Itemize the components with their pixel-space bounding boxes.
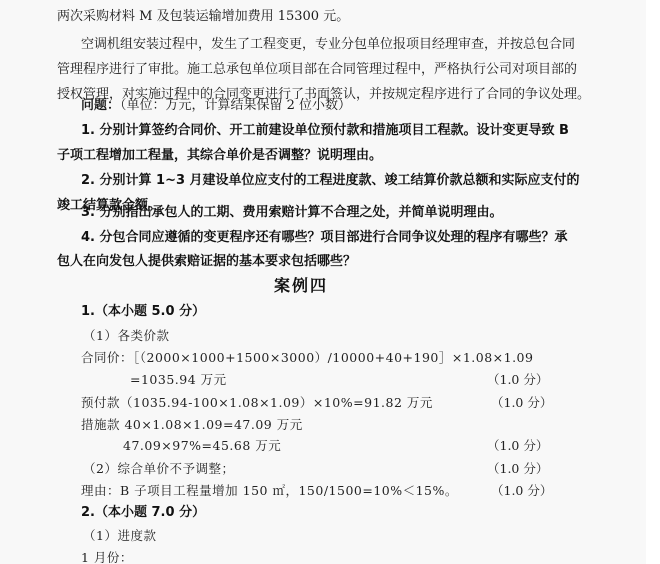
paragraph-line: 两次采购材料 M 及包装运输增加费用 15300 元。 [57,8,349,26]
question-4-line-1: 4. 分包合同应遵循的变更程序还有哪些？项目部进行合同争议处理的程序有哪些？承 [81,229,568,247]
measures-formula: 措施款 40×1.08×1.09=47.09 万元 [81,416,303,434]
score-label: （1.0 分） [487,460,548,478]
questions-heading: 问题：（单位：万元，计算结果保留 2 位小数） [81,97,351,115]
score-label: （1.0 分） [487,437,548,455]
score-label: （1.0 分） [491,482,552,500]
question-2-line-1: 2. 分别计算 1~3 月建设单位应支付的工程进度款、竣工结算价款总额和实际应支… [81,172,580,190]
reason-line: 理由：B 子项目工程量增加 150 ㎡，150/1500=10%＜15%。 [81,482,458,500]
month-1-label: 1 月份： [81,549,133,564]
paragraph-line: 空调机组安装过程中，发生了工程变更，专业分包单位报项目经理审查，并按总包合同 [81,36,575,54]
score-label: （1.0 分） [487,371,548,389]
case-title: 案例四 [274,277,328,295]
question-3: 3. 分别指出承包人的工期、费用索赔计算不合理之处，并简单说明理由。 [81,204,503,222]
question-1-line-2: 子项工程增加工程量，其综合单价是否调整？说明理由。 [57,147,382,165]
question-1-line-1: 1. 分别计算签约合同价、开工前建设单位预付款和措施项目工程款。设计变更导致 B [81,122,569,140]
contract-price-result: =1035.94 万元 [130,371,227,389]
paragraph-line: 管理程序进行了审批。施工总承包单位项目部在合同管理过程中，严格执行公司对项目部的 [57,61,577,79]
part-1-heading: 1.（本小题 5.0 分） [81,303,205,321]
question-4-line-2: 包人在向发包人提供索赔证据的基本要求包括哪些？ [57,253,356,271]
questions-heading-note: （单位：万元，计算结果保留 2 位小数） [120,98,351,113]
measures-result: 47.09×97%=45.68 万元 [123,437,281,455]
contract-price-formula: 合同价：［（2000×1000+1500×3000）/10000+40+190］… [81,349,533,367]
part-2-sub-1: （1）进度款 [83,527,156,545]
part-1-sub-2: （2）综合单价不予调整； [83,460,234,478]
questions-heading-label: 问题： [81,98,120,113]
score-label: （1.0 分） [491,394,552,412]
part-1-sub-1: （1）各类价款 [83,327,169,345]
part-2-heading: 2.（本小题 7.0 分） [81,504,205,522]
document-page: 两次采购材料 M 及包装运输增加费用 15300 元。 空调机组安装过程中，发生… [0,0,646,564]
advance-payment: 预付款（1035.94-100×1.08×1.09）×10%=91.82 万元 [81,394,433,412]
